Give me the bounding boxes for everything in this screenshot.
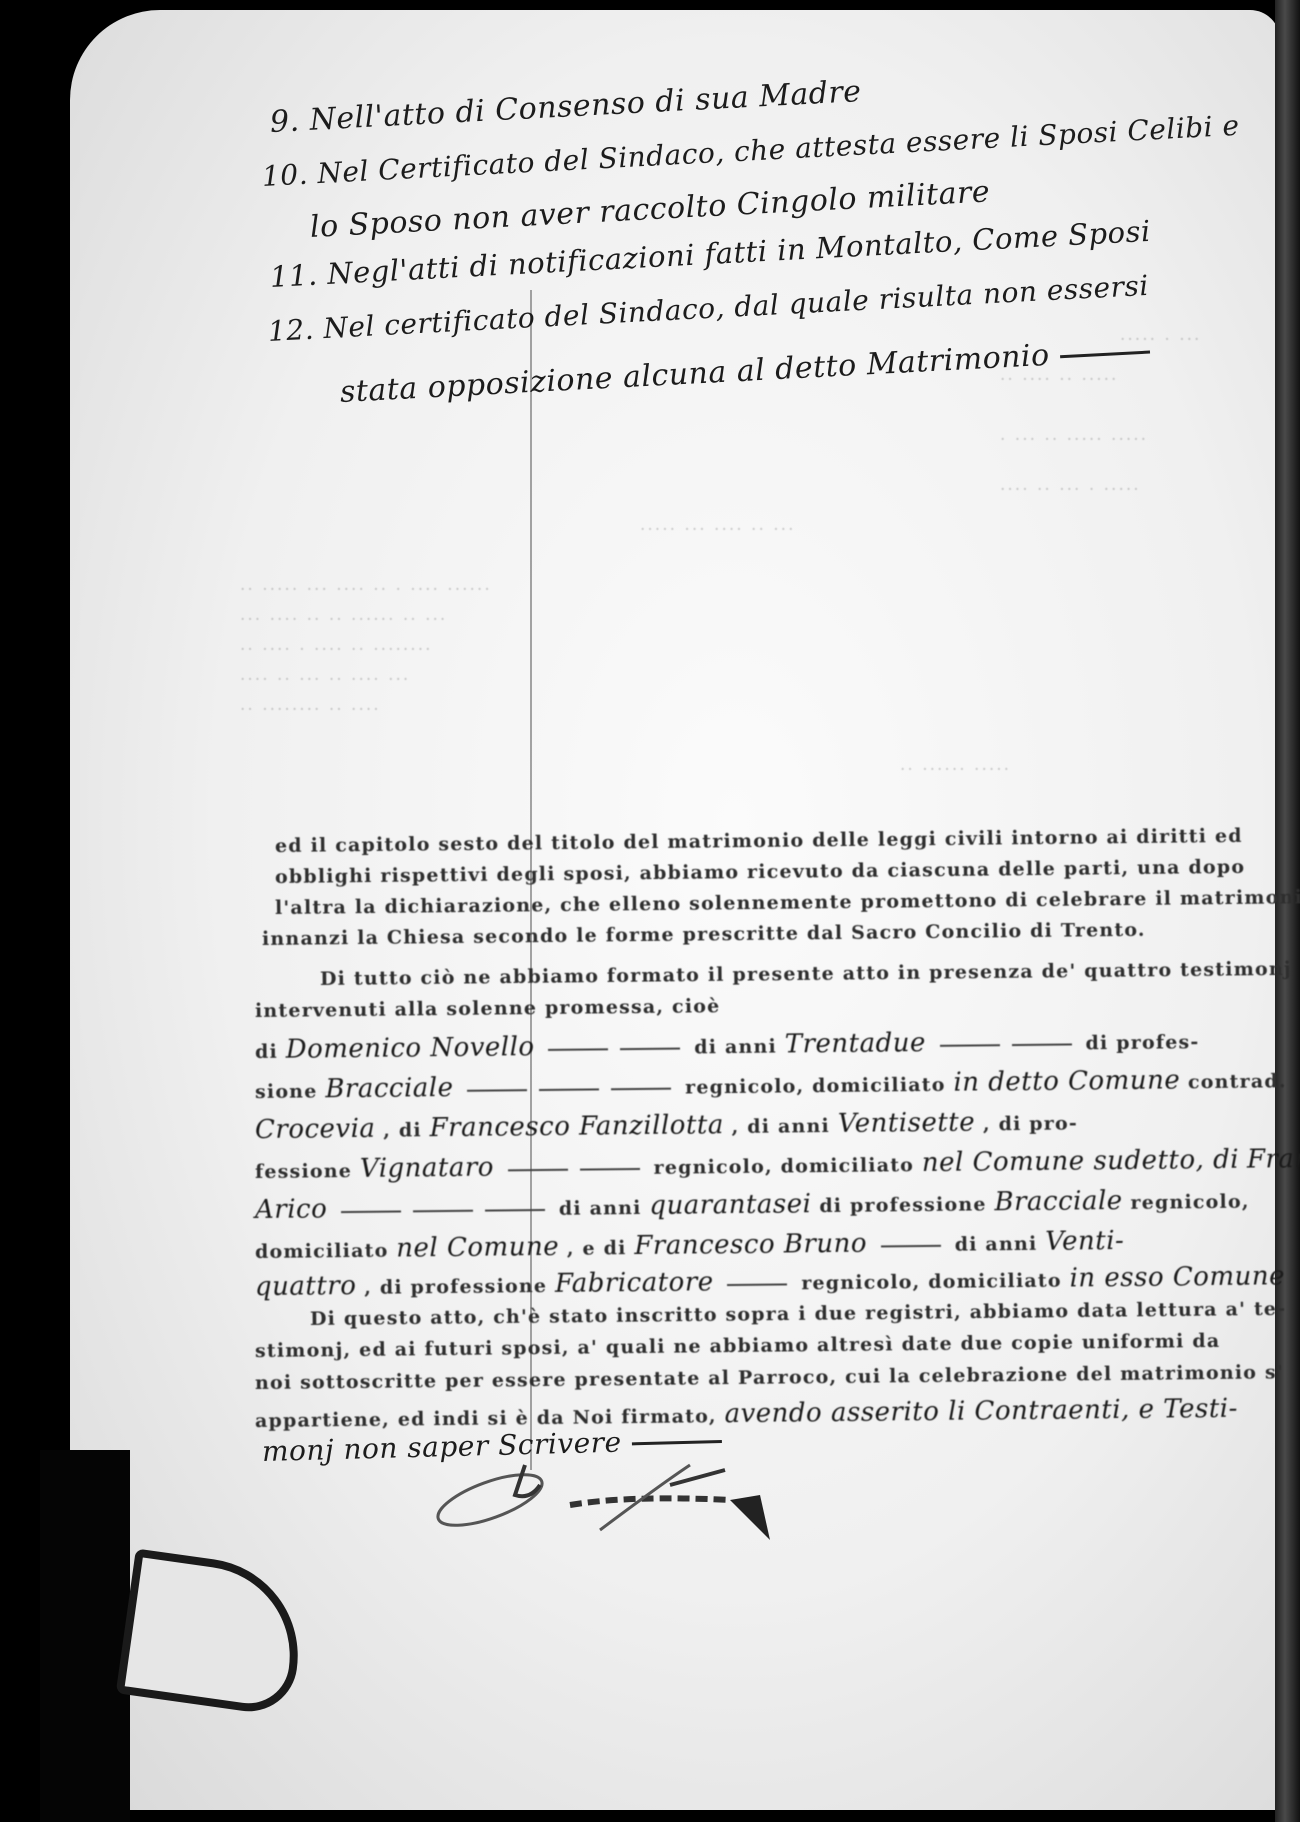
bleedthrough-text: ····· ··· ···· ·· ··· xyxy=(640,520,795,540)
bleedthrough-text: ·· ······ ····· xyxy=(900,760,1011,780)
bleedthrough-text: ··· ···· ·· ·· ······ ·· ··· xyxy=(240,610,447,630)
bleedthrough-text: ···· ·· ··· · ····· xyxy=(1000,480,1141,500)
signature-icon xyxy=(430,1445,790,1545)
witness-1-name: Domenico Novello xyxy=(286,1032,535,1065)
bleedthrough-text: ·· ········ ·· ···· xyxy=(240,700,381,720)
bleedthrough-text: · ··· ·· ····· ····· xyxy=(1000,430,1148,450)
witness-2-name: Francesco Fanzillotta xyxy=(429,1110,724,1143)
closing-stroke xyxy=(1060,350,1150,358)
binding-shadow xyxy=(40,1450,130,1822)
bleedthrough-text: ·· ····· ··· ···· ·· · ···· ······ xyxy=(240,580,492,600)
page-edge-shadow xyxy=(1275,0,1300,1822)
bleedthrough-text: ···· ·· ··· ·· ···· ··· xyxy=(240,670,410,690)
bleedthrough-text: ·· ···· · ···· ·· ········ xyxy=(240,640,433,660)
witness-4-name: Francesco Bruno xyxy=(634,1229,867,1261)
witness-3-name: Arico xyxy=(255,1194,328,1225)
